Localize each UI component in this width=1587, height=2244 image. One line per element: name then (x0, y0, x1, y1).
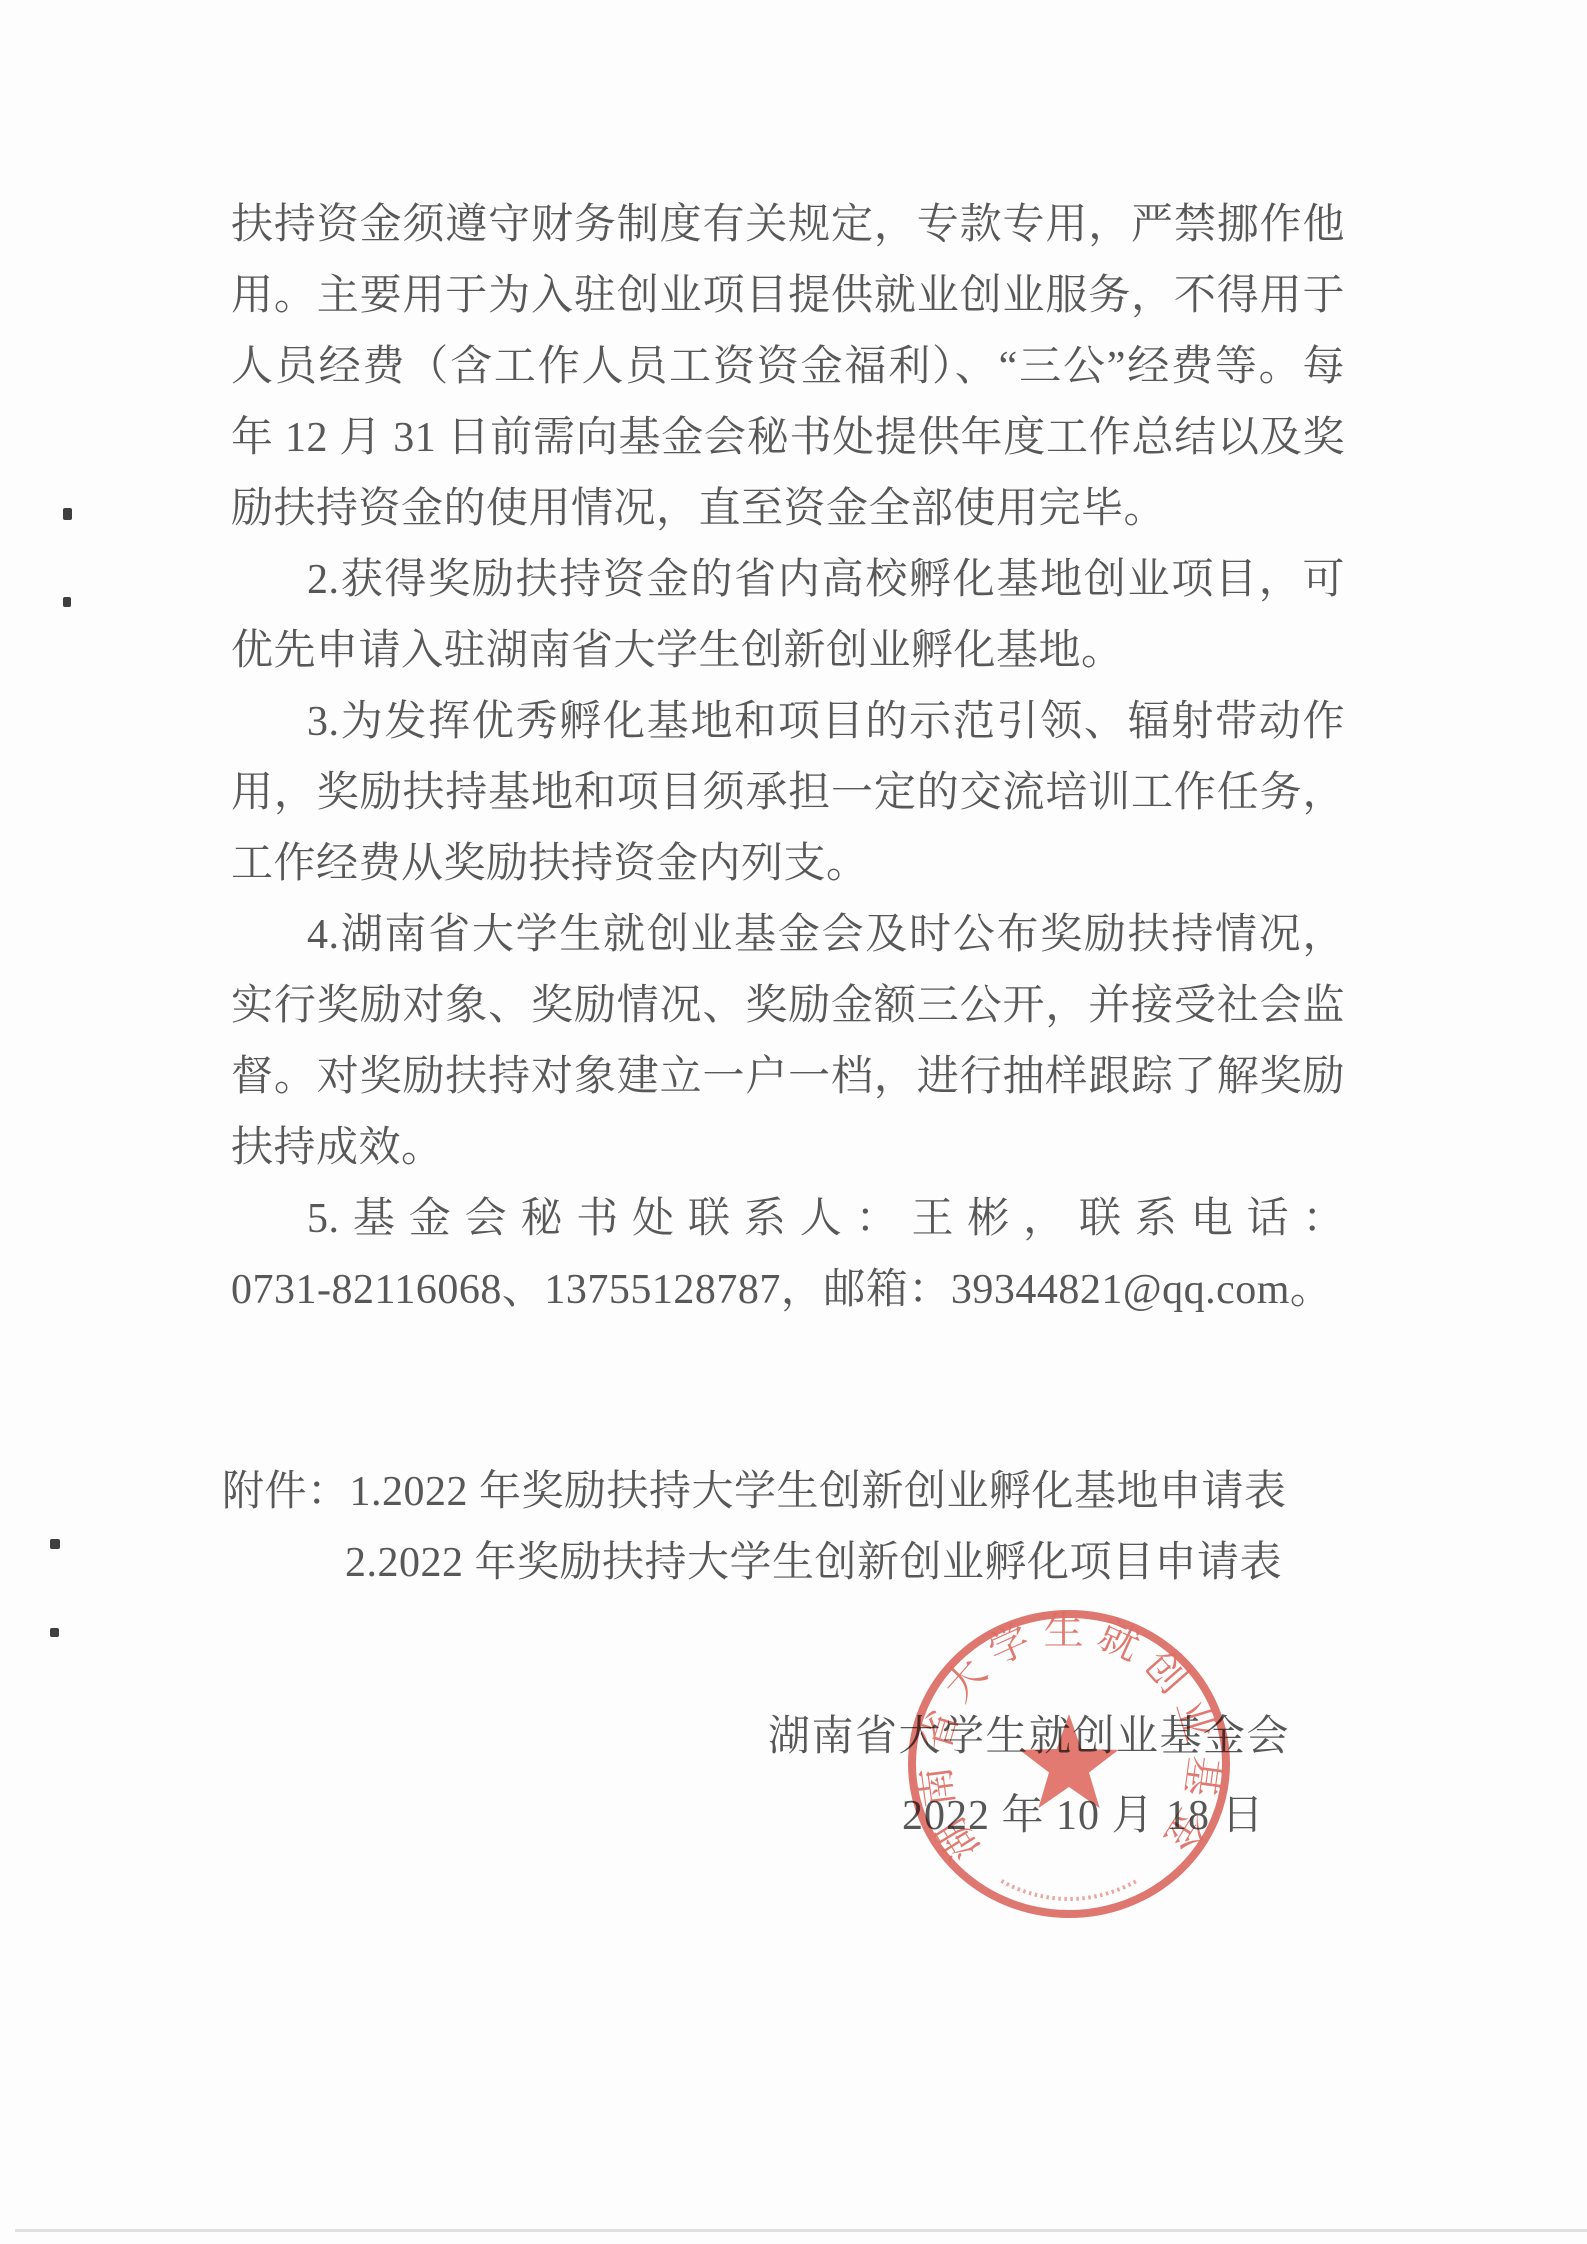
body-line: 实行奖励对象、奖励情况、奖励金额三公开，并接受社会监 (231, 971, 1345, 1042)
attachment-line-1: 附件：1.2022 年奖励扶持大学生创新创业孵化基地申请表 (222, 1470, 1287, 1514)
body-line: 工作经费从奖励扶持资金内列支。 (231, 829, 1345, 900)
body-line: 用。主要用于为入驻创业项目提供就业创业服务，不得用于 (231, 261, 1345, 332)
body-line: 优先申请入驻湖南省大学生创新创业孵化基地。 (231, 616, 1345, 687)
stamp-star-icon (1020, 1714, 1119, 1808)
body-line: 用，奖励扶持基地和项目须承担一定的交流培训工作任务， (231, 758, 1345, 829)
attachment-line-2: 2.2022 年奖励扶持大学生创新创业孵化项目申请表 (345, 1541, 1282, 1585)
body-line: 扶持成效。 (231, 1113, 1345, 1184)
stamp-serial-arc (1002, 1881, 1137, 1899)
body-line: 扶持资金须遵守财务制度有关规定，专款专用，严禁挪作他 (231, 190, 1345, 261)
scan-speck (50, 1628, 59, 1637)
body-line: 2.获得奖励扶持资金的省内高校孵化基地创业项目，可 (231, 545, 1345, 616)
scanned-document-page: 扶持资金须遵守财务制度有关规定，专款专用，严禁挪作他 用。主要用于为入驻创业项目… (0, 0, 1587, 2244)
body-line: 年 12 月 31 日前需向基金会秘书处提供年度工作总结以及奖 (231, 403, 1345, 474)
body-line: 励扶持资金的使用情况，直至资金全部使用完毕。 (231, 474, 1345, 545)
body-line: 3.为发挥优秀孵化基地和项目的示范引领、辐射带动作 (231, 687, 1345, 758)
scan-speck (63, 508, 72, 520)
body-line: 督。对奖励扶持对象建立一户一档，进行抽样跟踪了解奖励 (231, 1042, 1345, 1113)
scan-edge-line (15, 2229, 1587, 2232)
body-line: 0731-82116068、13755128787，邮箱：39344821@qq… (231, 1255, 1345, 1326)
official-stamp: 湖南省大学生就创业基金会 (899, 1594, 1239, 1934)
body-line: 人员经费（含工作人员工资资金福利）、“三公”经费等。每 (231, 332, 1345, 403)
document-body: 扶持资金须遵守财务制度有关规定，专款专用，严禁挪作他 用。主要用于为入驻创业项目… (231, 190, 1345, 1326)
scan-speck (63, 597, 71, 607)
scan-speck (50, 1539, 60, 1549)
body-line: 4.湖南省大学生就创业基金会及时公布奖励扶持情况， (231, 900, 1345, 971)
body-line: 5.基金会秘书处联系人：王彬，联系电话： (231, 1184, 1345, 1255)
